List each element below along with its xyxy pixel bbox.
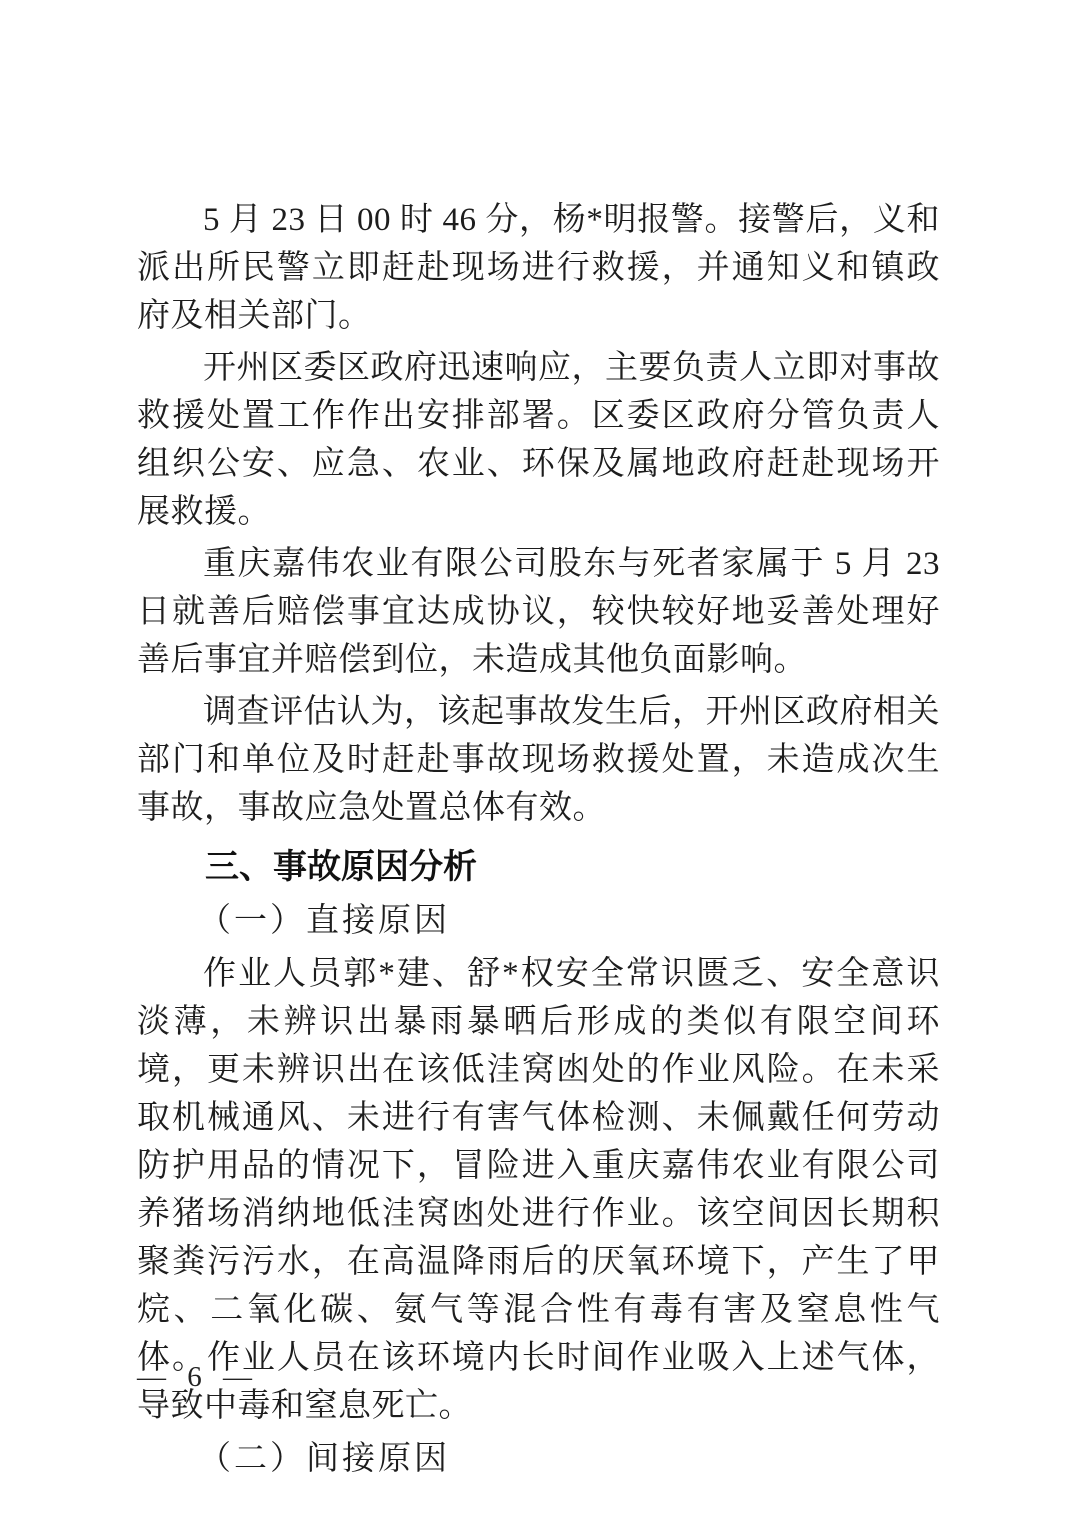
subsection-heading-indirect-cause: （二）间接原因 [137,1434,940,1484]
paragraph-alarm-report: 5 月 23 日 00 时 46 分，杨*明报警。接警后，义和派出所民警立即赶赴… [137,196,940,340]
paragraph-government-response: 开州区委区政府迅速响应，主要负责人立即对事故救援处置工作作出安排部署。区委区政府… [137,344,940,536]
subsection-heading-direct-cause: （一）直接原因 [137,896,940,946]
section-heading-accident-cause-analysis: 三、事故原因分析 [137,842,940,892]
paragraph-evaluation-conclusion: 调查评估认为，该起事故发生后，开州区政府相关部门和单位及时赶赴事故现场救援处置，… [137,688,940,832]
page-number: — 6 — [137,1361,252,1393]
paragraph-compensation-agreement: 重庆嘉伟农业有限公司股东与死者家属于 5 月 23 日就善后赔偿事宜达成协议，较… [137,540,940,684]
document-page: 5 月 23 日 00 时 46 分，杨*明报警。接警后，义和派出所民警立即赶赴… [0,0,1074,1520]
page-footer: — 6 — [137,1360,252,1394]
paragraph-direct-cause-detail: 作业人员郭*建、舒*权安全常识匮乏、安全意识淡薄，未辨识出暴雨暴晒后形成的类似有… [137,950,940,1430]
document-content: 5 月 23 日 00 时 46 分，杨*明报警。接警后，义和派出所民警立即赶赴… [137,196,940,1488]
